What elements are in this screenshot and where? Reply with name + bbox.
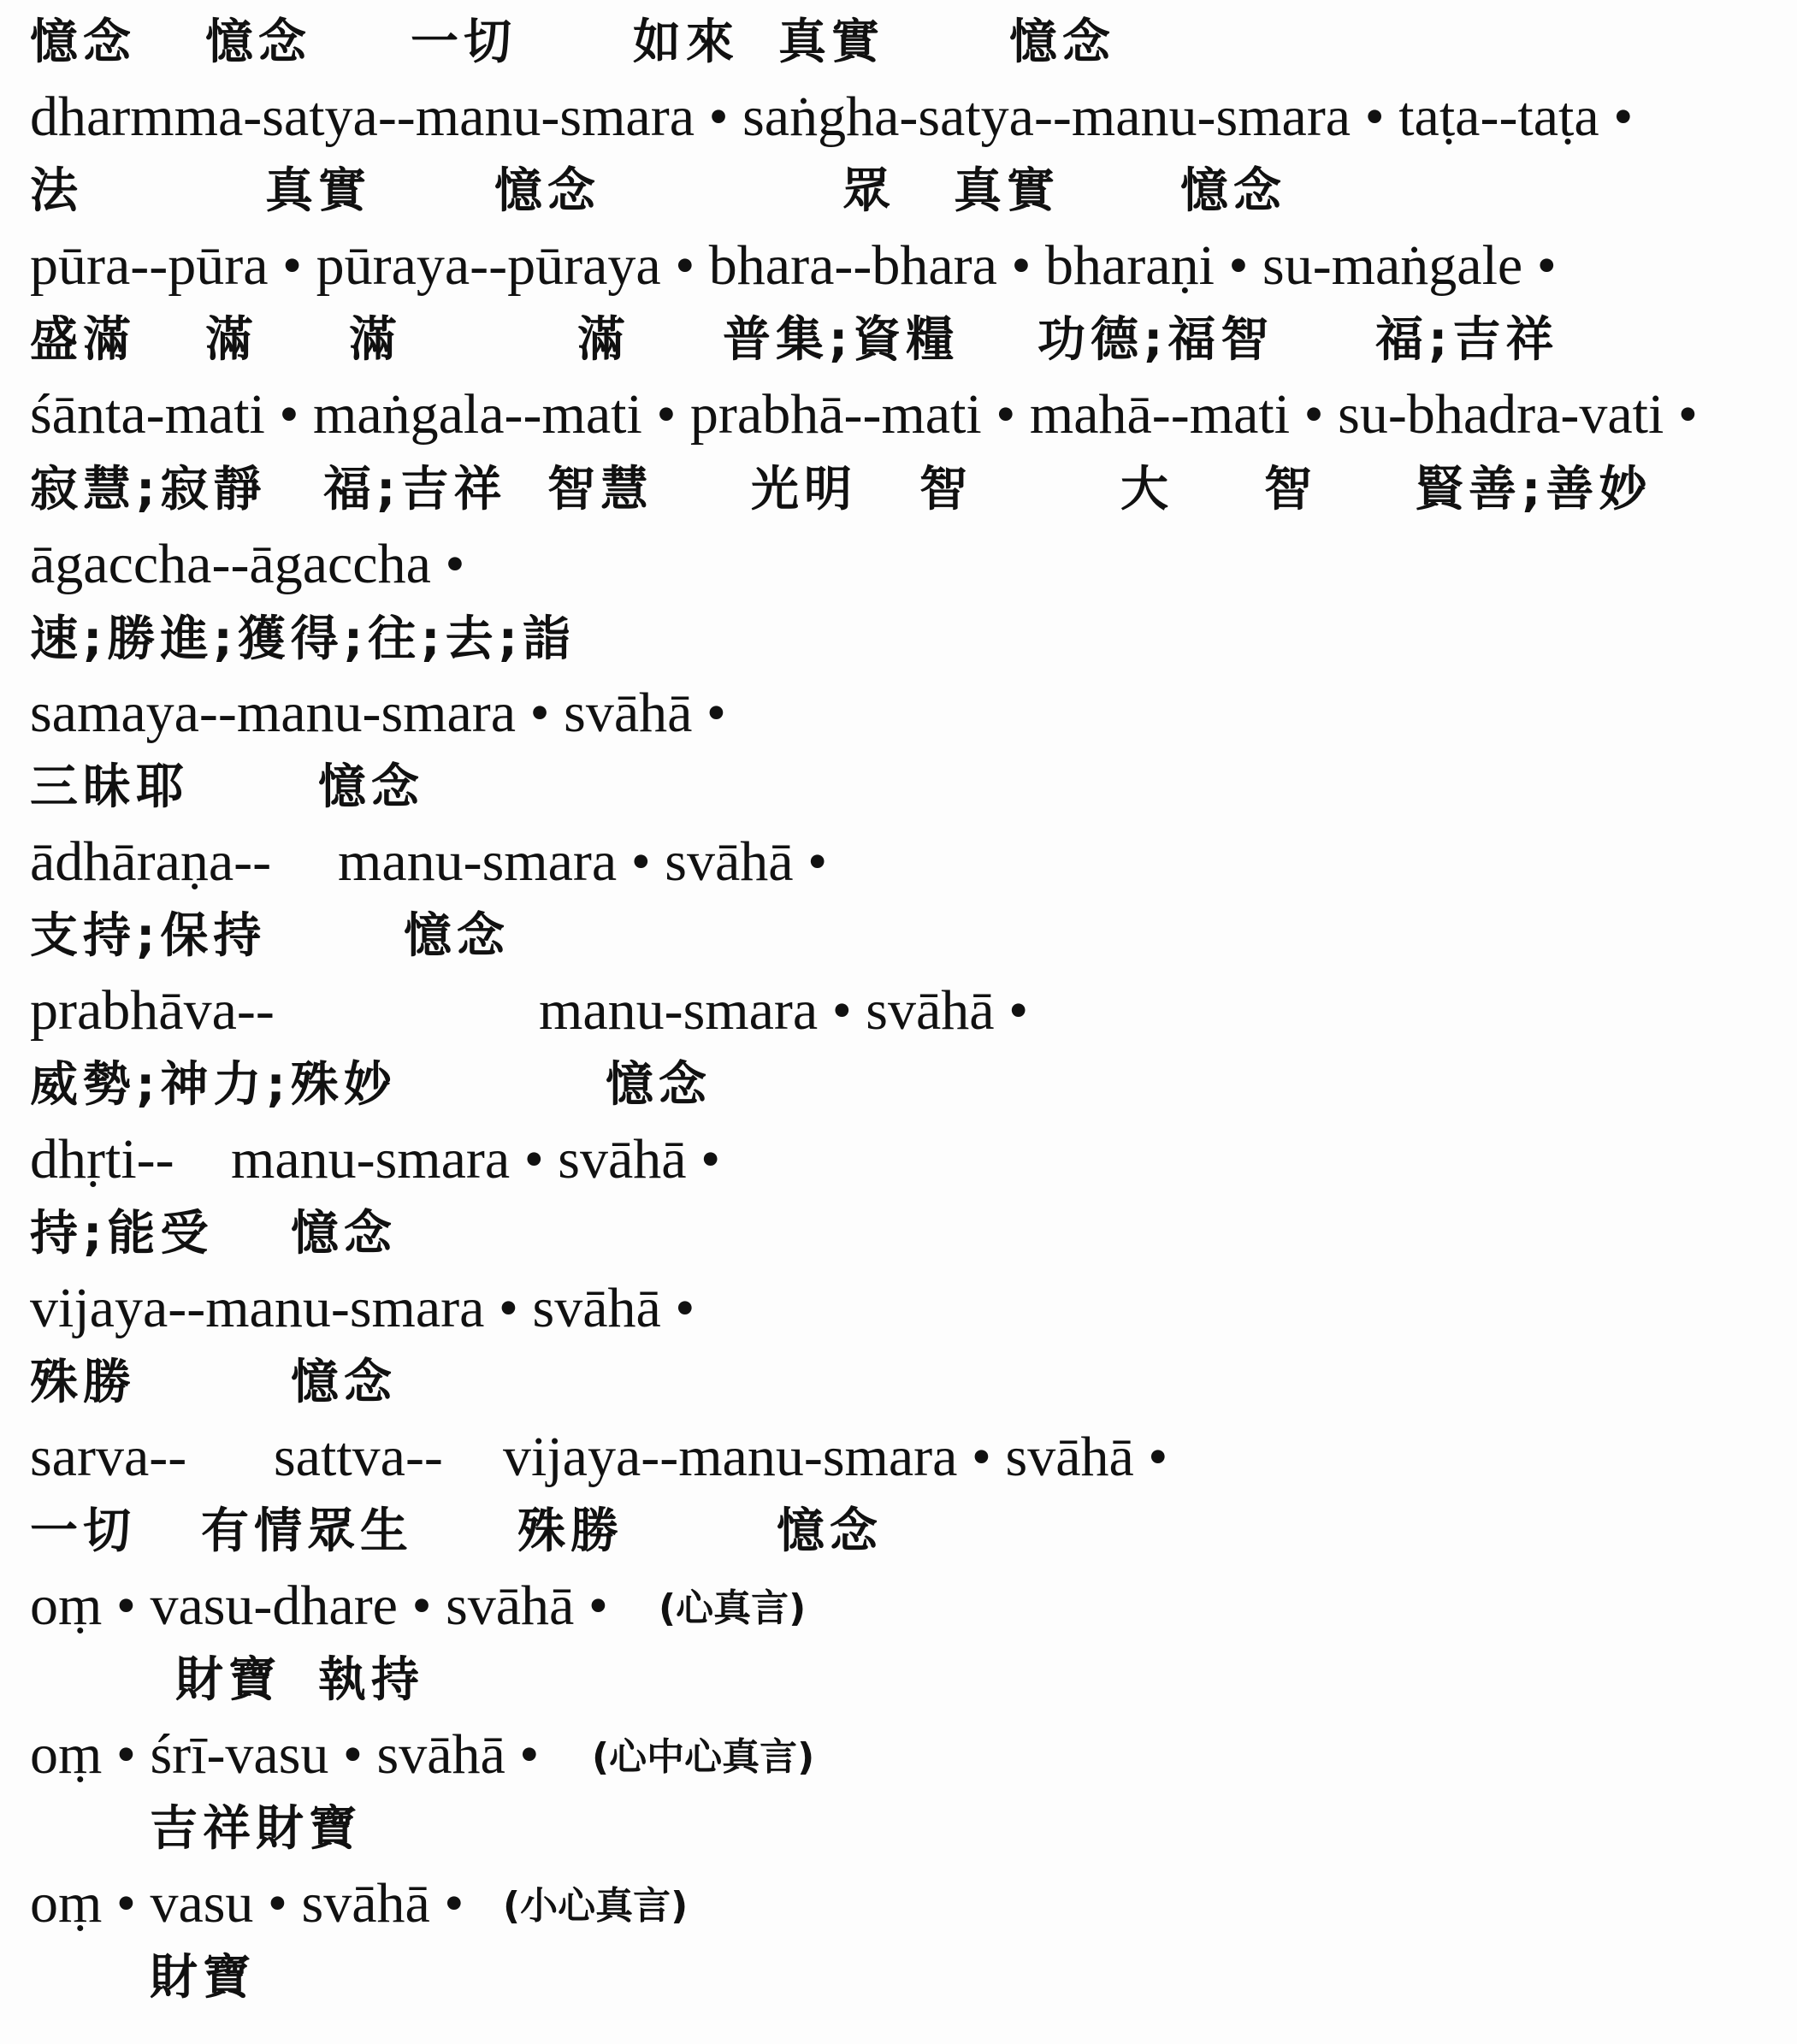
- chinese-gloss: 憶念: [606, 1061, 712, 1109]
- chinese-gloss: 眾: [842, 168, 896, 216]
- sanskrit-text: śānta-mati • maṅgala--mati • prabhā--mat…: [30, 387, 1698, 443]
- chinese-gloss: 智慧: [547, 466, 653, 514]
- chinese-gloss: 光明: [751, 466, 857, 514]
- chinese-gloss: 憶念: [494, 168, 600, 216]
- chinese-gloss: 憶念: [318, 764, 424, 812]
- chinese-gloss: 支持;保持: [30, 913, 266, 960]
- chinese-gloss: 速;勝進;獲得;往;去;詣: [30, 616, 576, 664]
- chinese-gloss: 吉祥財寶: [150, 1805, 362, 1853]
- scanned-page: 憶念憶念一切如來真實憶念dharmma-satya--manu-smara • …: [0, 0, 1797, 2044]
- chinese-gloss: 賢善;善妙: [1416, 466, 1652, 514]
- chinese-gloss: 寂慧;寂靜: [30, 466, 266, 514]
- chinese-gloss: 有情眾生: [201, 1508, 413, 1556]
- chinese-gloss: 普集;資糧: [723, 316, 959, 364]
- chinese-gloss: 真實: [778, 19, 884, 67]
- mantra-label: (小心真言): [503, 1887, 688, 1925]
- chinese-gloss: 憶念: [291, 1210, 397, 1258]
- chinese-gloss: 憶念: [30, 19, 136, 67]
- chinese-gloss: 智: [919, 466, 972, 514]
- chinese-gloss: 一切: [411, 19, 517, 67]
- chinese-gloss: 憶念: [777, 1508, 883, 1556]
- sanskrit-text: ādhāraṇa--: [30, 834, 271, 890]
- chinese-gloss: 威勢;神力;殊妙: [30, 1061, 397, 1109]
- chinese-gloss: 福;吉祥: [323, 466, 506, 514]
- chinese-gloss: 憶念: [205, 19, 311, 67]
- chinese-gloss: 智: [1264, 466, 1317, 514]
- sanskrit-text: manu-smara • svāhā •: [231, 1131, 720, 1188]
- chinese-gloss: 憶念: [1009, 19, 1115, 67]
- chinese-gloss: 三昧耶: [30, 764, 189, 812]
- chinese-gloss: 憶念: [404, 913, 510, 960]
- chinese-gloss: 真實: [265, 168, 371, 216]
- sanskrit-text: oṃ • vasu • svāhā •: [30, 1876, 464, 1932]
- chinese-gloss: 盛滿: [30, 316, 136, 364]
- chinese-gloss: 福;吉祥: [1375, 316, 1558, 364]
- sanskrit-text: vijaya--manu-smara • svāhā •: [30, 1280, 695, 1337]
- chinese-gloss: 憶念: [291, 1359, 397, 1407]
- sanskrit-text: oṃ • vasu-dhare • svāhā •: [30, 1578, 608, 1634]
- sanskrit-text: sattva--: [274, 1429, 443, 1486]
- chinese-gloss: 憶念: [1180, 168, 1286, 216]
- chinese-gloss: 功德;福智: [1037, 316, 1274, 364]
- sanskrit-text: manu-smara • svāhā •: [338, 834, 827, 890]
- sanskrit-text: dharmma-satya--manu-smara • saṅgha-satya…: [30, 89, 1633, 145]
- chinese-gloss: 法: [30, 168, 83, 216]
- chinese-gloss: 殊勝: [517, 1508, 624, 1556]
- sanskrit-text: dhṛti--: [30, 1131, 174, 1188]
- chinese-gloss: 持;能受: [30, 1210, 213, 1258]
- chinese-gloss: 滿: [349, 316, 402, 364]
- sanskrit-text: prabhāva--: [30, 983, 275, 1039]
- mantra-label: (心中心真言): [592, 1739, 814, 1776]
- sanskrit-text: manu-smara • svāhā •: [539, 983, 1028, 1039]
- chinese-gloss: 如來: [633, 19, 739, 67]
- chinese-gloss: 一切: [30, 1508, 136, 1556]
- sanskrit-text: āgaccha--āgaccha •: [30, 536, 465, 593]
- chinese-gloss: 執持: [318, 1657, 424, 1704]
- sanskrit-text: oṃ • śrī-vasu • svāhā •: [30, 1727, 539, 1783]
- chinese-gloss: 財寶: [150, 1954, 256, 2002]
- chinese-gloss: 殊勝: [30, 1359, 136, 1407]
- mantra-label: (心真言): [659, 1590, 806, 1628]
- chinese-gloss: 滿: [577, 316, 630, 364]
- sanskrit-text: sarva--: [30, 1429, 186, 1486]
- chinese-gloss: 大: [1120, 466, 1173, 514]
- chinese-gloss: 真實: [954, 168, 1060, 216]
- sanskrit-text: samaya--manu-smara • svāhā •: [30, 685, 726, 741]
- chinese-gloss: 滿: [205, 316, 258, 364]
- chinese-gloss: 財寶: [175, 1657, 281, 1704]
- sanskrit-text: pūra--pūra • pūraya--pūraya • bhara--bha…: [30, 238, 1557, 294]
- sanskrit-text: vijaya--manu-smara • svāhā •: [503, 1429, 1167, 1486]
